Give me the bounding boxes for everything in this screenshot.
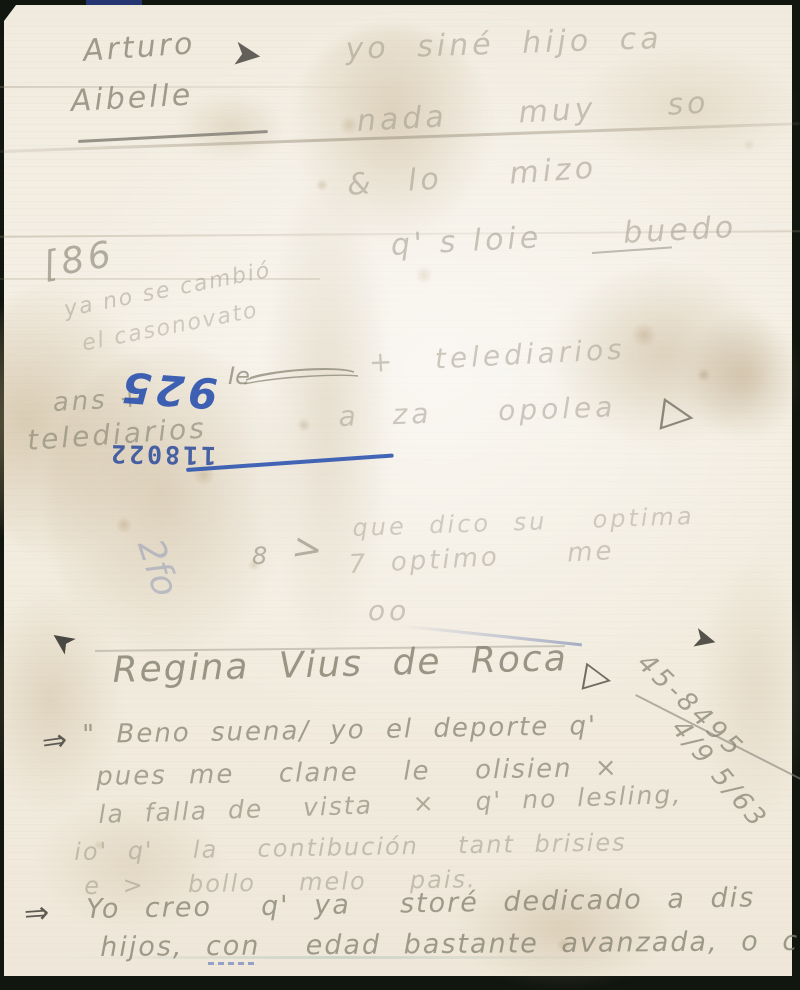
photo-verso-paper: [4, 5, 792, 976]
